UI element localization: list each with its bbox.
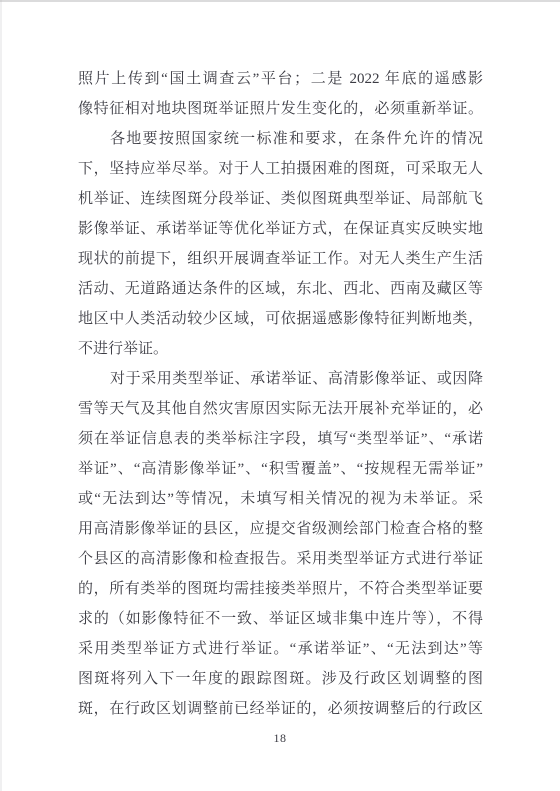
- text-line: 用高清影像举证的县区，应提交省级测绘部门检查合格的整: [78, 514, 483, 544]
- text-line: 地区中人类活动较少区域，可依据遥感影像特征判断地类，: [78, 304, 483, 334]
- document-page: 照片上传到“国土调查云”平台；二是 2022 年底的遥感影 像特征相对地块图斑举…: [0, 0, 560, 791]
- text-line: 各地要按照国家统一标准和要求，在条件允许的情况: [78, 124, 483, 154]
- text-line: 的，所有类举的图斑均需挂接类举照片，不符合类型举证要: [78, 574, 483, 604]
- text-line: 采用类型举证方式进行举证。“承诺举证”、“无法到达”等: [78, 634, 483, 664]
- text-line: 机举证、连续图斑分段举证、类似图斑典型举证、局部航飞: [78, 184, 483, 214]
- text-line: 或“无法到达”等情况，未填写相关情况的视为未举证。采: [78, 484, 483, 514]
- text-line: 活动、无道路通达条件的区域，东北、西北、西南及藏区等: [78, 274, 483, 304]
- page-body-text: 照片上传到“国土调查云”平台；二是 2022 年底的遥感影 像特征相对地块图斑举…: [78, 64, 483, 724]
- text-line: 像特征相对地块图斑举证照片发生变化的，必须重新举证。: [78, 94, 483, 124]
- text-line: 举证”、“高清影像举证”、“积雪覆盖”、“按规程无需举证”: [78, 454, 483, 484]
- text-line: 图斑将列入下一年度的跟踪图斑。涉及行政区划调整的图: [78, 664, 483, 694]
- text-line: 个县区的高清影像和检查报告。采用类型举证方式进行举证: [78, 544, 483, 574]
- text-line: 雪等天气及其他自然灾害原因实际无法开展补充举证的，必: [78, 394, 483, 424]
- text-line: 对于采用类型举证、承诺举证、高清影像举证、或因降: [78, 364, 483, 394]
- text-line: 求的（如影像特征不一致、举证区域非集中连片等），不得: [78, 604, 483, 634]
- text-line: 不进行举证。: [78, 334, 483, 364]
- text-line: 下，坚持应举尽举。对于人工拍摄困难的图斑，可采取无人: [78, 154, 483, 184]
- text-line: 须在举证信息表的类举标注字段，填写“类型举证”、“承诺: [78, 424, 483, 454]
- page-number: 18: [0, 731, 560, 746]
- text-line: 照片上传到“国土调查云”平台；二是 2022 年底的遥感影: [78, 64, 483, 94]
- text-line: 现状的前提下，组织开展调查举证工作。对无人类生产生活: [78, 244, 483, 274]
- text-line: 影像举证、承诺举证等优化举证方式，在保证真实反映实地: [78, 214, 483, 244]
- text-line: 斑，在行政区划调整前已经举证的，必须按调整后的行政区: [78, 694, 483, 724]
